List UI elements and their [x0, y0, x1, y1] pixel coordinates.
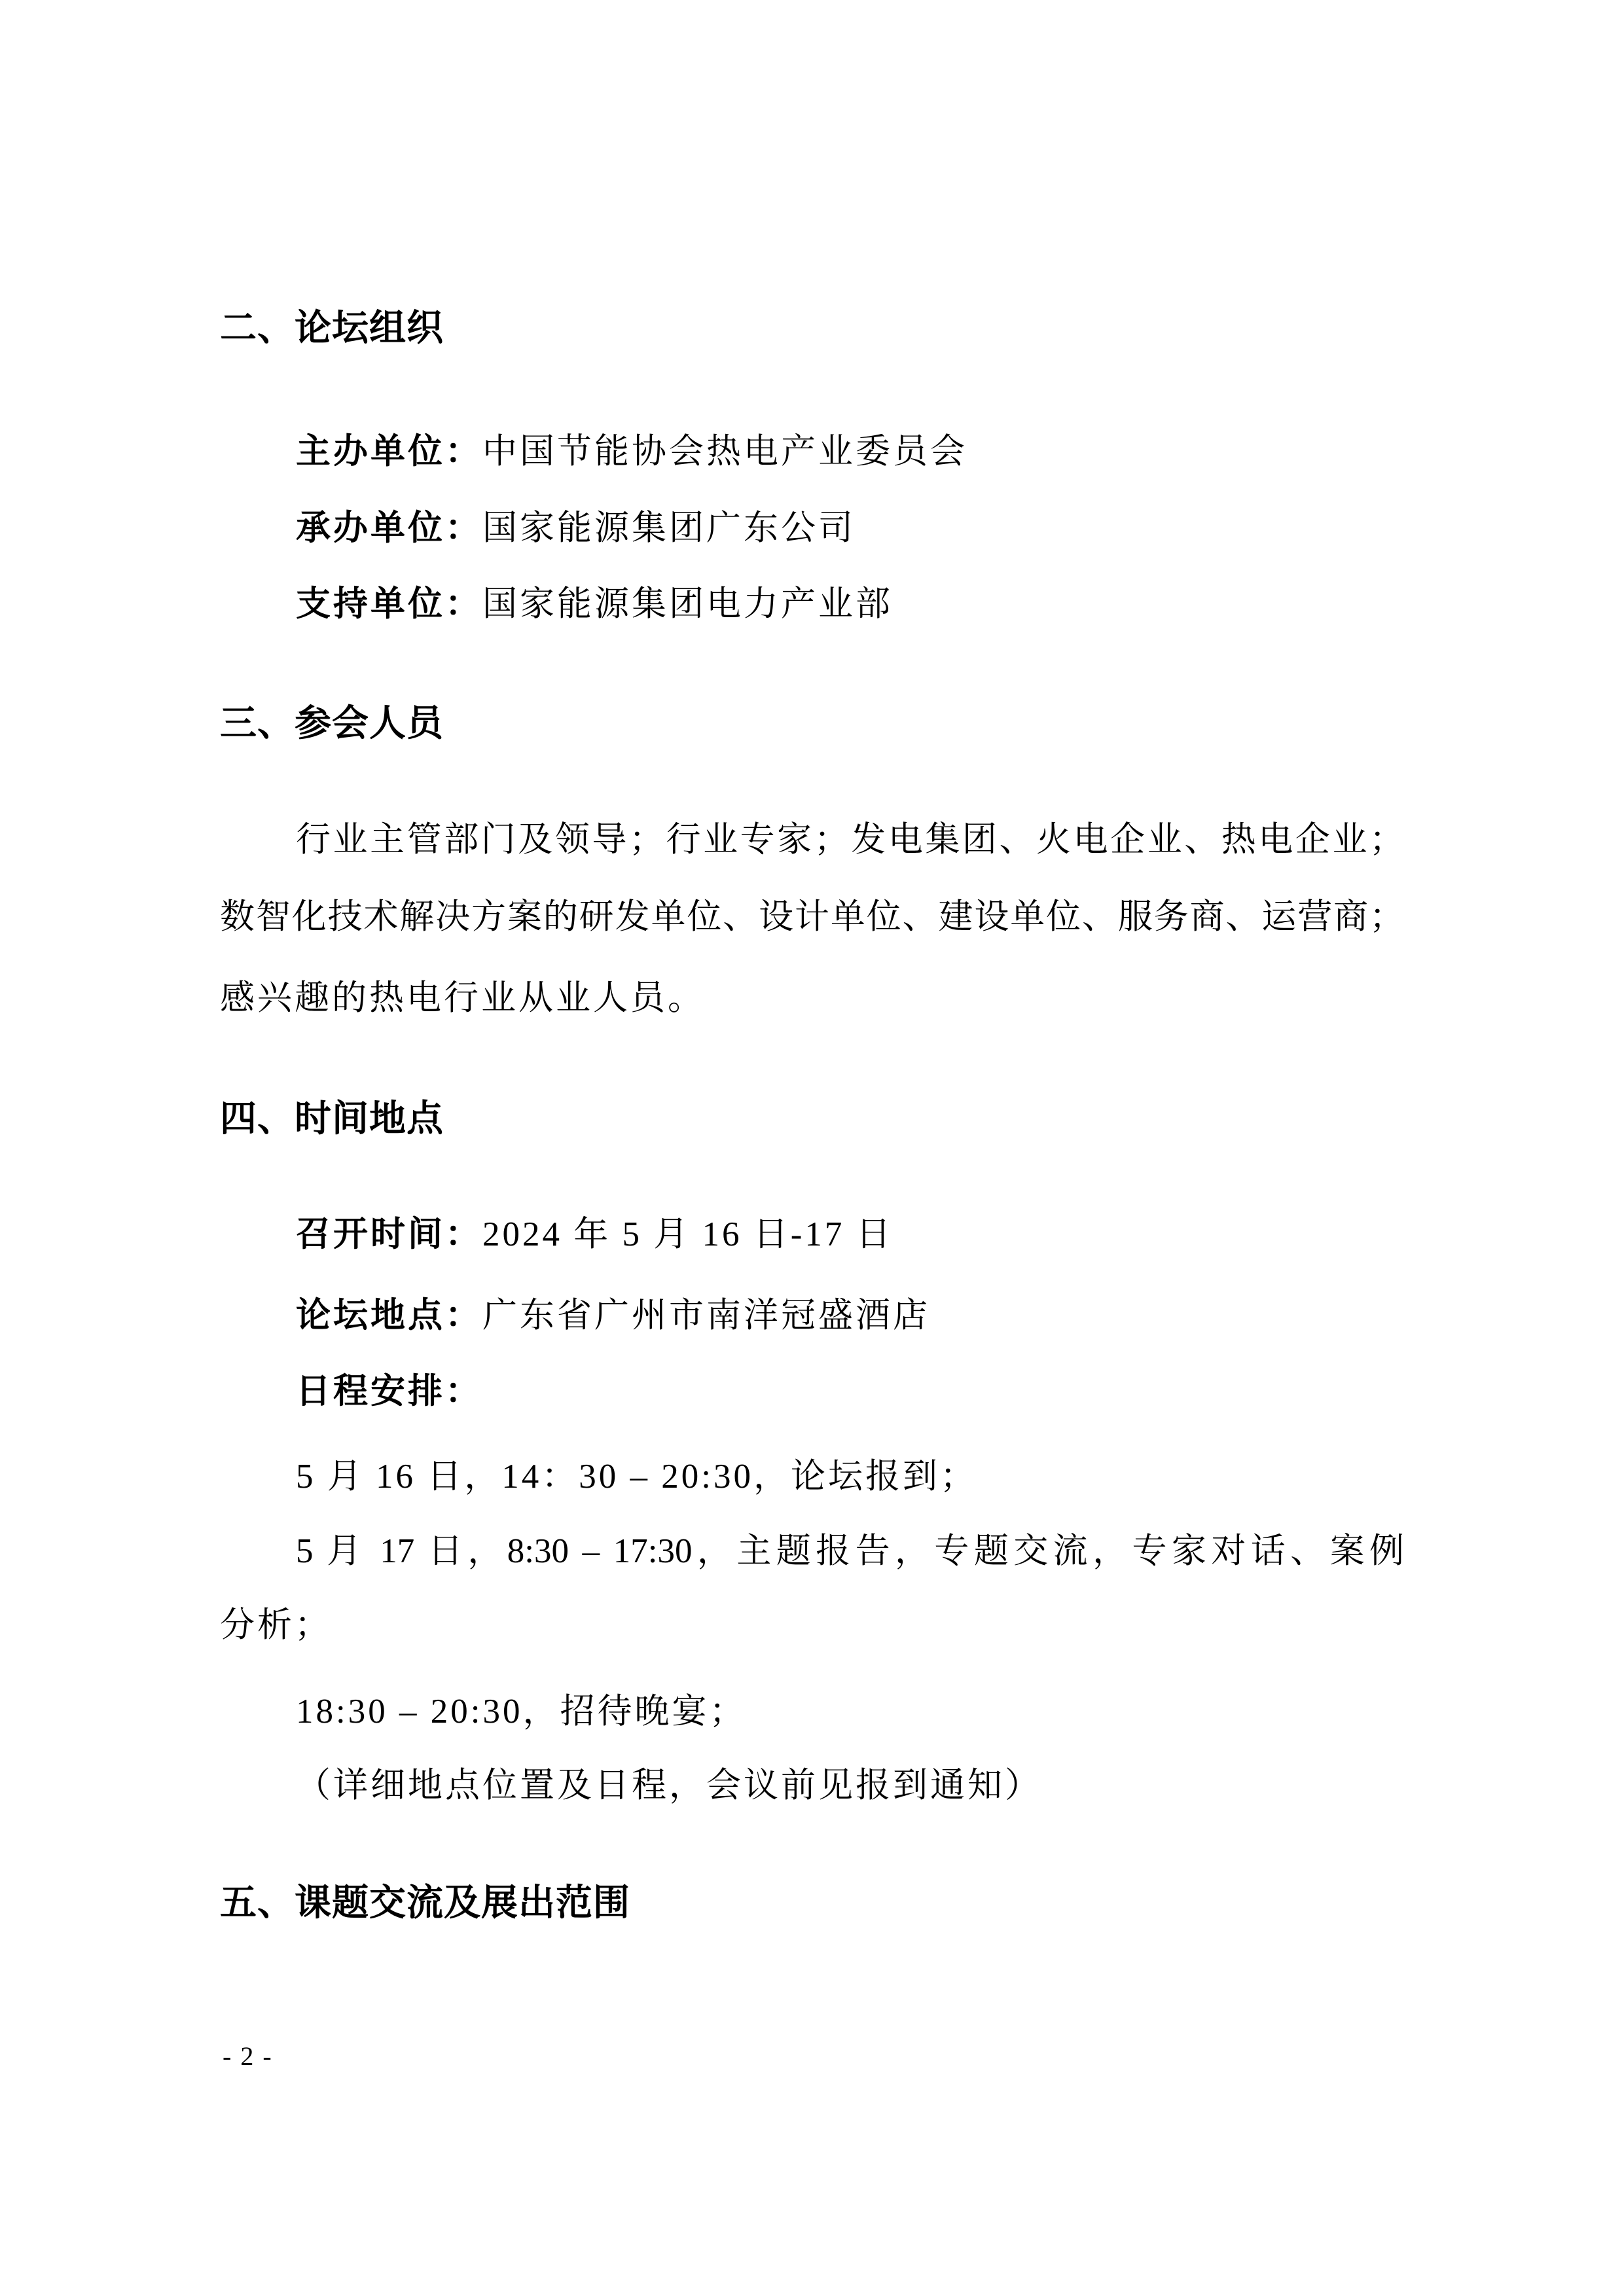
organizer-unit-value: 国家能源集团广东公司: [482, 509, 856, 547]
section-heading-participants: 三、参会人员: [220, 703, 444, 744]
support-unit-line: 支持单位：国家能源集团电力产业部: [296, 584, 893, 624]
organizer-unit-line: 承办单位：国家能源集团广东公司: [296, 509, 856, 548]
page-number: - 2 -: [223, 2041, 273, 2072]
section-heading-topics-exhibition: 五、课题交流及展出范围: [220, 1882, 630, 1923]
meeting-time-value: 2024 年 5 月 16 日-17 日: [482, 1215, 893, 1253]
meeting-time-label: 召开时间：: [296, 1215, 482, 1253]
venue-label: 论坛地点：: [296, 1297, 482, 1335]
meeting-time-line: 召开时间：2024 年 5 月 16 日-17 日: [296, 1215, 893, 1255]
agenda-note-line: （详细地点位置及日程，会议前见报到通知）: [296, 1766, 1042, 1806]
agenda-day2-line: 5 月 17 日，8:30 – 17:30，主题报告，专题交流，专家对话、案例: [296, 1532, 1404, 1571]
participants-line-3: 感兴趣的热电行业从业人员。: [220, 978, 705, 1018]
participants-line-1: 行业主管部门及领导；行业专家；发电集团、火电企业、热电企业；: [296, 820, 1404, 860]
agenda-label: 日程安排：: [296, 1372, 482, 1410]
venue-value: 广东省广州市南洋冠盛酒店: [482, 1297, 930, 1335]
agenda-day2-continuation: 分析；: [220, 1605, 332, 1645]
host-unit-value: 中国节能协会热电产业委员会: [482, 433, 967, 471]
section-heading-time-location: 四、时间地点: [220, 1098, 444, 1139]
venue-line: 论坛地点：广东省广州市南洋冠盛酒店: [296, 1296, 930, 1336]
organizer-unit-label: 承办单位：: [296, 509, 482, 547]
participants-line-2: 数智化技术解决方案的研发单位、设计单位、建设单位、服务商、运营商；: [220, 897, 1404, 937]
agenda-dinner-line: 18:30 – 20:30，招待晚宴；: [296, 1692, 746, 1732]
support-unit-value: 国家能源集团电力产业部: [482, 585, 893, 623]
host-unit-label: 主办单位：: [296, 433, 482, 471]
agenda-day1-line: 5 月 16 日，14：30 – 20:30，论坛报到；: [296, 1457, 977, 1497]
agenda-heading-line: 日程安排：: [296, 1372, 482, 1412]
document-page: 二、论坛组织 主办单位：中国节能协会热电产业委员会 承办单位：国家能源集团广东公…: [0, 0, 1624, 2296]
host-unit-line: 主办单位：中国节能协会热电产业委员会: [296, 432, 967, 472]
section-heading-forum-organization: 二、论坛组织: [220, 308, 444, 348]
support-unit-label: 支持单位：: [296, 585, 482, 623]
